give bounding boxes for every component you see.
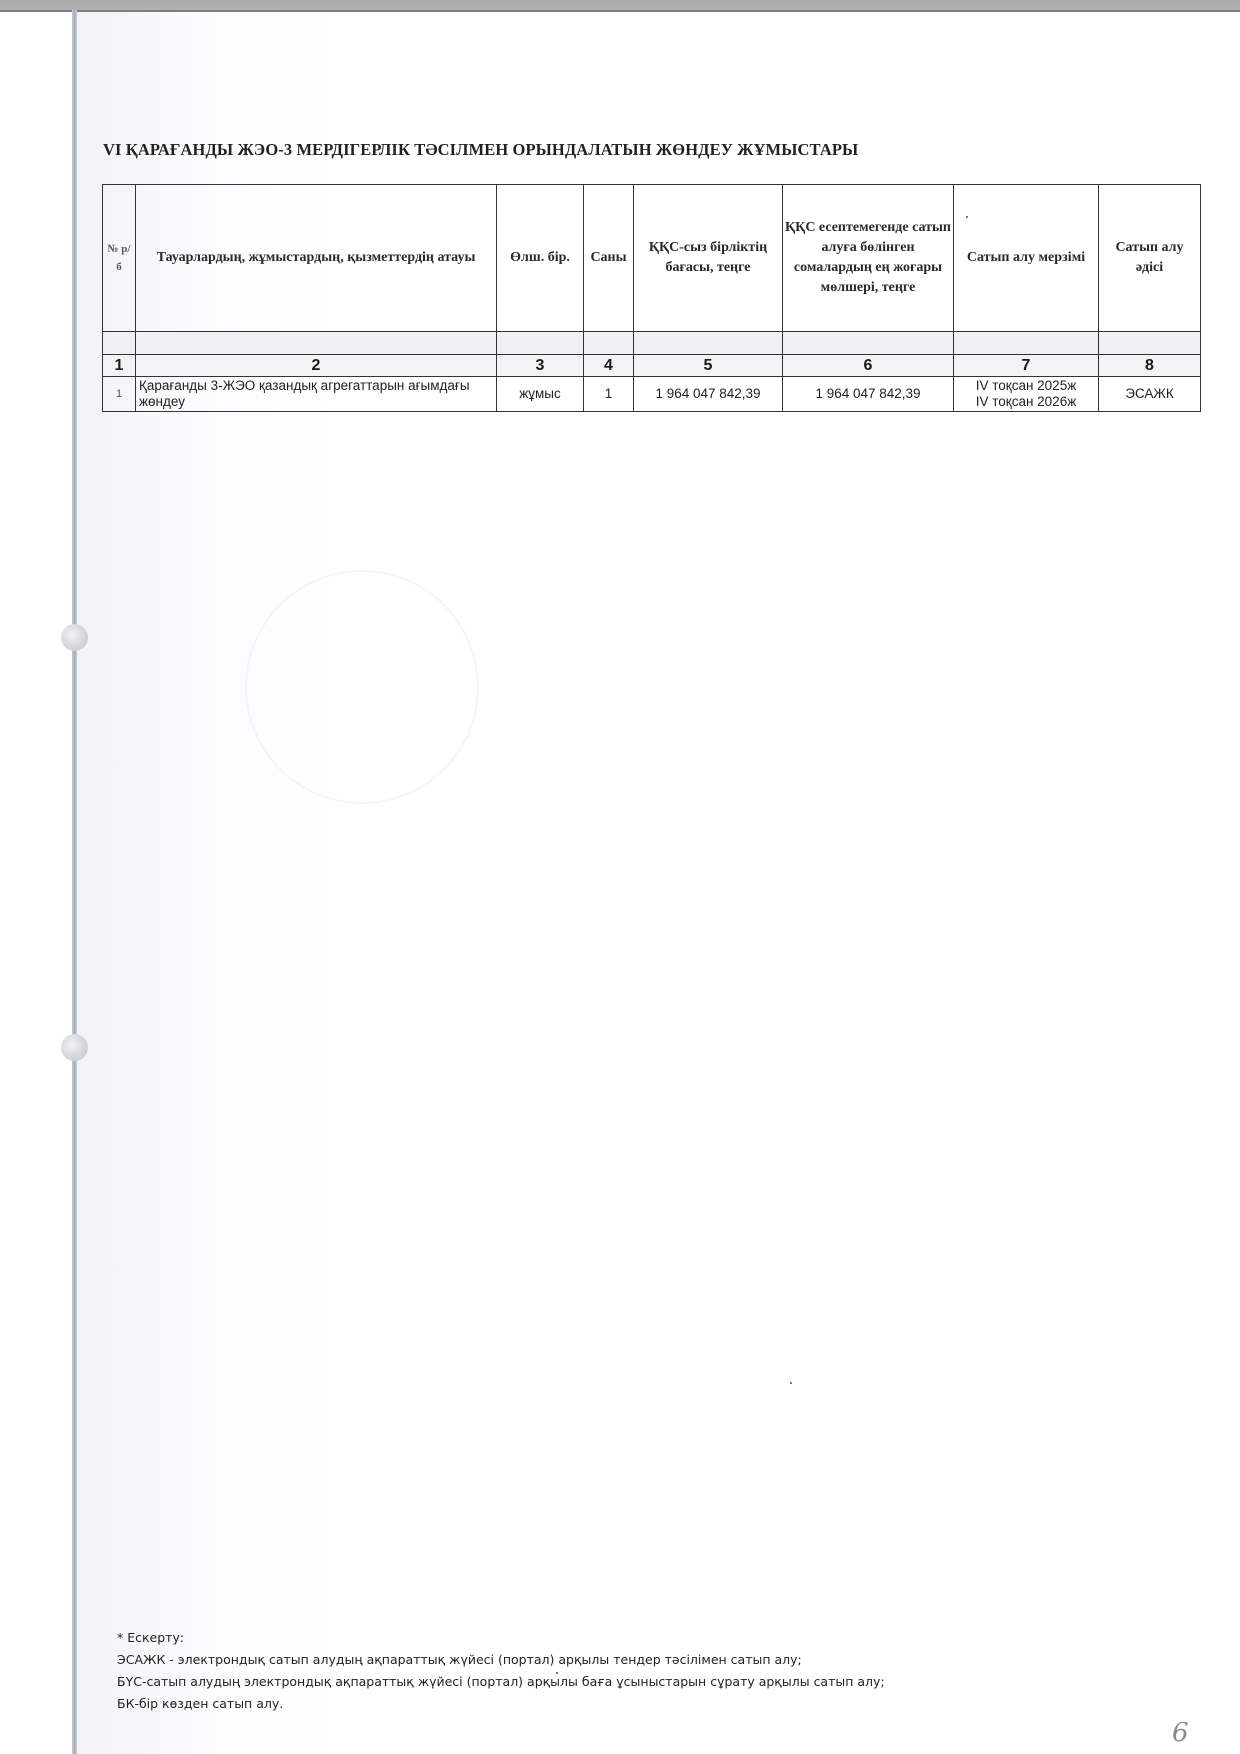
header-unit-price: ҚҚС-сыз бірліктің бағасы, теңге bbox=[634, 185, 783, 332]
footnote-line: БҮС-сатып алудың электрондық ақпараттық … bbox=[117, 1671, 885, 1693]
column-number: 2 bbox=[136, 355, 497, 377]
column-number-row: 1 2 3 4 5 6 7 8 bbox=[103, 355, 1201, 377]
scan-top-edge bbox=[0, 0, 1240, 12]
footnote: * Ескерту: ЭСАЖК - электрондық сатып алу… bbox=[117, 1627, 885, 1715]
header-unit: Өлш. бір. bbox=[497, 185, 584, 332]
period-line-1: IV тоқсан 2025ж bbox=[956, 378, 1096, 394]
scan-speck bbox=[790, 1382, 792, 1384]
faint-stamp-bleedthrough bbox=[245, 570, 479, 804]
table-row: 1 Қарағанды 3-ЖЭО қазандық агрегаттарын … bbox=[103, 377, 1201, 412]
row-quantity: 1 bbox=[584, 377, 634, 412]
punch-hole-icon bbox=[61, 1034, 88, 1061]
column-number: 3 bbox=[497, 355, 584, 377]
column-number: 6 bbox=[783, 355, 954, 377]
column-number: 5 bbox=[634, 355, 783, 377]
punch-hole-icon bbox=[61, 624, 88, 651]
procurement-table: № р/б Тауарлардың, жұмыстардың, қызметте… bbox=[102, 184, 1201, 412]
footnote-line: ЭСАЖК - электрондық сатып алудың ақпарат… bbox=[117, 1649, 885, 1671]
header-index: № р/б bbox=[103, 185, 136, 332]
row-method: ЭСАЖК bbox=[1099, 377, 1201, 412]
header-method: Сатып алу әдісі bbox=[1099, 185, 1201, 332]
column-number: 8 bbox=[1099, 355, 1201, 377]
column-number: 4 bbox=[584, 355, 634, 377]
handwritten-page-number: 6 bbox=[1172, 1718, 1189, 1748]
row-index: 1 bbox=[103, 377, 136, 412]
footnote-line: БК-бір көзден сатып алу. bbox=[117, 1693, 885, 1715]
row-unit-price: 1 964 047 842,39 bbox=[634, 377, 783, 412]
row-period: IV тоқсан 2025ж IV тоқсан 2026ж bbox=[954, 377, 1099, 412]
header-period: Сатып алу мерзімі bbox=[954, 185, 1099, 332]
column-number: 7 bbox=[954, 355, 1099, 377]
header-max-amount: ҚҚС есептемегенде сатып алуға бөлінген с… bbox=[783, 185, 954, 332]
header-name: Тауарлардың, жұмыстардың, қызметтердің а… bbox=[136, 185, 497, 332]
row-max-amount: 1 964 047 842,39 bbox=[783, 377, 954, 412]
header-quantity: Саны bbox=[584, 185, 634, 332]
row-name: Қарағанды 3-ЖЭО қазандық агрегаттарын ағ… bbox=[136, 377, 497, 412]
table-header-row: № р/б Тауарлардың, жұмыстардың, қызметте… bbox=[103, 185, 1201, 332]
period-line-2: IV тоқсан 2026ж bbox=[956, 394, 1096, 410]
row-unit: жұмыс bbox=[497, 377, 584, 412]
document-title: VI ҚАРАҒАНДЫ ЖЭО-3 МЕРДІГЕРЛІК ТӘСІЛМЕН … bbox=[103, 140, 858, 160]
footnote-heading: * Ескерту: bbox=[117, 1627, 885, 1649]
binding-edge bbox=[72, 10, 77, 1754]
column-number: 1 bbox=[103, 355, 136, 377]
table-spacer-row bbox=[103, 332, 1201, 355]
